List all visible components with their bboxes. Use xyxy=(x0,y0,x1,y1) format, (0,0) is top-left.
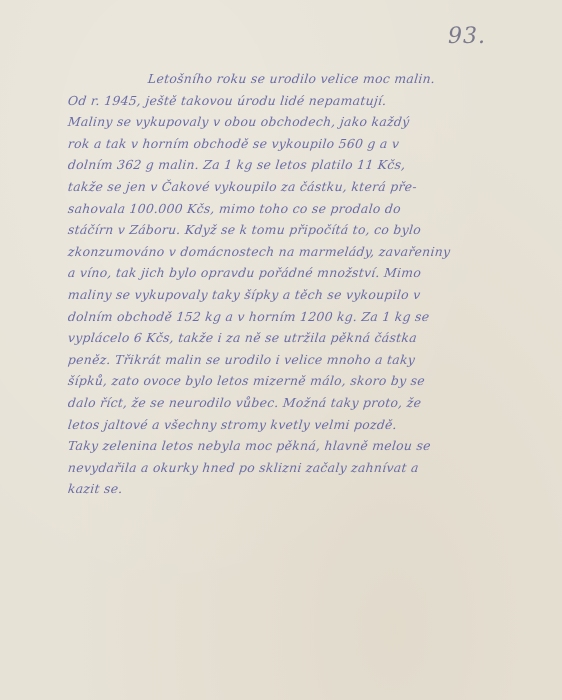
text-line: peněz. Třikrát malin se urodilo i velice… xyxy=(67,349,509,371)
text-line: Maliny se vykupovaly v obou obchodech, j… xyxy=(67,111,509,133)
text-line: dalo říct, že se neurodilo vůbec. Možná … xyxy=(67,392,509,414)
text-line: stáčírn v Záboru. Když se k tomu připočí… xyxy=(67,219,509,241)
text-line: Letošního roku se urodilo velice moc mal… xyxy=(67,68,509,90)
text-line: vyplácelo 6 Kčs, takže i za ně se utržil… xyxy=(67,327,509,349)
text-line: nevydařila a okurky hned po sklizni zača… xyxy=(67,457,509,479)
text-line: letos jaltové a všechny stromy kvetly ve… xyxy=(67,414,509,436)
text-line: rok a tak v horním obchodě se vykoupilo … xyxy=(67,133,509,155)
text-line: Od r. 1945, ještě takovou úrodu lidé nep… xyxy=(67,90,509,112)
handwritten-page: 93. Letošního roku se urodilo velice moc… xyxy=(0,0,562,700)
text-line: sahovala 100.000 Kčs, mimo toho co se pr… xyxy=(67,198,509,220)
text-line: zkonzumováno v domácnostech na marmelády… xyxy=(67,241,509,263)
text-line: dolním obchodě 152 kg a v horním 1200 kg… xyxy=(67,306,509,328)
handwritten-text-block: Letošního roku se urodilo velice moc mal… xyxy=(68,68,508,500)
page-number: 93. xyxy=(448,24,486,49)
text-line: šípků, zato ovoce bylo letos mizerně mál… xyxy=(67,370,509,392)
text-line: a víno, tak jich bylo opravdu pořádné mn… xyxy=(67,262,509,284)
text-line: takže se jen v Čakové vykoupilo za částk… xyxy=(67,176,509,198)
text-line: Taky zelenina letos nebyla moc pěkná, hl… xyxy=(67,435,509,457)
text-line: maliny se vykupovaly taky šípky a těch s… xyxy=(67,284,509,306)
text-line: dolním 362 g malin. Za 1 kg se letos pla… xyxy=(67,154,509,176)
text-line: kazit se. xyxy=(67,478,509,500)
